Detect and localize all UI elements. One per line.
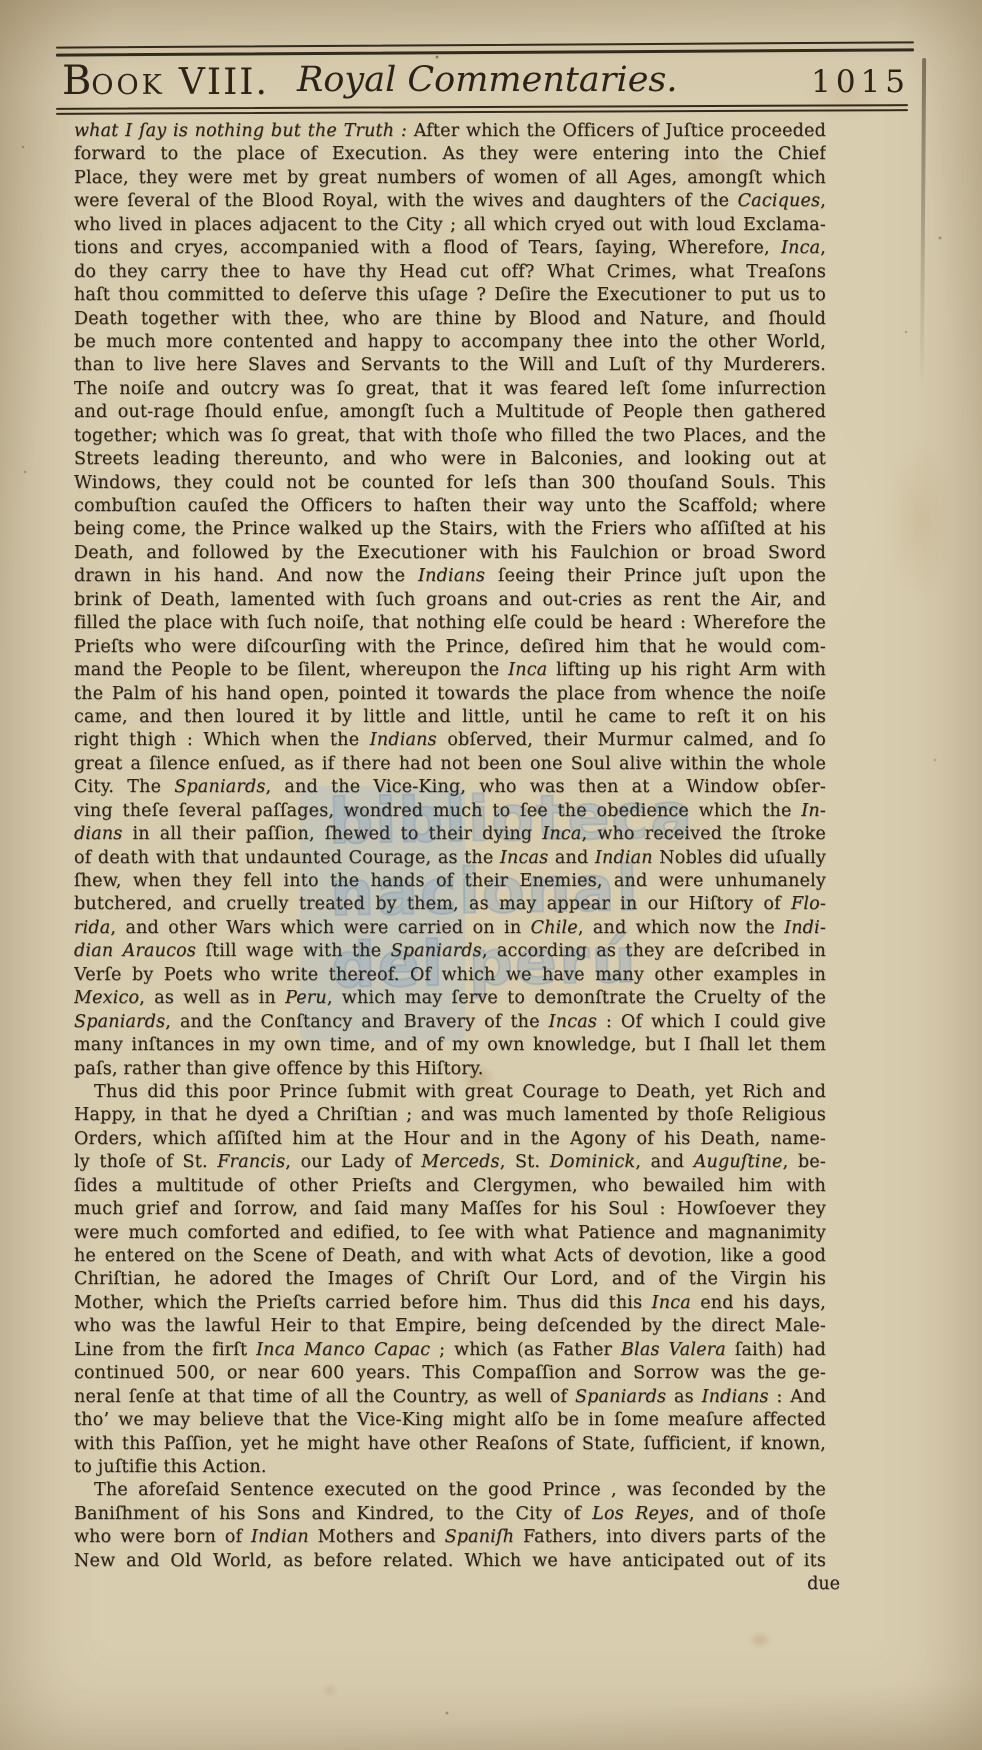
text-line: brink of Death, lamented with ſuch groan… xyxy=(74,589,826,612)
text-line: Chriſtian, he adored the Images of Chriſ… xyxy=(74,1268,826,1291)
text-line: right thigh : Which when the Indians obſ… xyxy=(74,729,826,752)
text-line: dians in all their paſſion, ſhewed to th… xyxy=(74,823,826,846)
text-line: dian Araucos ſtill wage with the Spaniar… xyxy=(74,940,826,963)
text-line: tions and cryes, accompanied with a floo… xyxy=(74,237,826,260)
page-number: 1015 xyxy=(811,64,910,100)
text-line: Mother, which the Prieſts carried before… xyxy=(74,1292,826,1315)
book-initial: B xyxy=(62,58,91,104)
text-line: Spaniards, and the Conſtancy and Bravery… xyxy=(74,1011,826,1034)
text-line: Death together with thee, who are thine … xyxy=(74,308,826,331)
text-line: mand the People to be ſilent, whereupon … xyxy=(74,659,826,682)
book-label: BOOKVIII. xyxy=(62,58,269,104)
text-line: who was the lawful Heir to that Empire, … xyxy=(74,1315,826,1338)
text-line: many inſtances in my own time, and of my… xyxy=(74,1034,826,1057)
text-line: New and Old World, as before related. Wh… xyxy=(74,1550,826,1573)
text-line: Windows, they could not be counted for l… xyxy=(74,472,826,495)
text-line: great a ſilence enſued, as if there had … xyxy=(74,753,826,776)
text-line: continued 500, or near 600 years. This C… xyxy=(74,1362,826,1385)
text-line: together; which was ſo great, that with … xyxy=(74,425,826,448)
text-line: Baniſhment of his Sons and Kindred, to t… xyxy=(74,1503,826,1526)
text-line: butchered, and cruelly treated by them, … xyxy=(74,893,826,916)
text-line: of death with that undaunted Courage, as… xyxy=(74,847,826,870)
book-numeral: VIII. xyxy=(179,62,269,103)
text-line: forward to the place of Execution. As th… xyxy=(74,143,826,166)
text-line: Happy, in that he dyed a Chriſtian ; and… xyxy=(74,1104,826,1127)
text-line: drawn in his hand. And now the Indians ſ… xyxy=(74,565,826,588)
top-rule-upper xyxy=(56,41,914,48)
text-line: who were born of Indian Mothers and Span… xyxy=(74,1526,826,1549)
text-line: ſides a multitude of other Prieſts and C… xyxy=(74,1175,826,1198)
text-line: The aforeſaid Sentence executed on the g… xyxy=(74,1479,826,1502)
text-line: ſhew, when they fell into the hands of t… xyxy=(74,870,826,893)
text-line: City. The Spaniards, and the Vice-King, … xyxy=(74,776,826,799)
text-line: combuſtion cauſed the Officers to haſten… xyxy=(74,495,826,518)
text-line: do they carry thee to have thy Head cut … xyxy=(74,261,826,284)
text-line: tho’ we may believe that the Vice-King m… xyxy=(74,1409,826,1432)
text-line: Line from the firſt Inca Manco Capac ; w… xyxy=(74,1339,826,1362)
text-line: Orders, which aſſiſted him at the Hour a… xyxy=(74,1128,826,1151)
text-line: Verſe by Poets who write thereof. Of whi… xyxy=(74,964,826,987)
text-line: came, and then loured it by little and l… xyxy=(74,706,826,729)
text-line: rida, and other Wars which were carried … xyxy=(74,917,826,940)
page-crease xyxy=(920,58,926,388)
text-line: be much more contented and happy to acco… xyxy=(74,331,826,354)
page-title: Royal Commentaries. xyxy=(297,60,678,100)
text-line: neral ſenſe at that time of all the Coun… xyxy=(74,1386,826,1409)
text-line: Mexico, as well as in Peru, which may ſe… xyxy=(74,987,826,1010)
text-line: haſt thou committed to deſerve this uſag… xyxy=(74,284,826,307)
running-header: BOOKVIII. Royal Commentaries. 1015 xyxy=(62,56,910,104)
text-line: being come, the Prince walked up the Sta… xyxy=(74,518,826,541)
text-block: what I ſay is nothing but the Truth : Af… xyxy=(74,120,826,1597)
text-line: and out-rage ſhould enſue, amongſt ſuch … xyxy=(74,401,826,424)
text-line: Death, and followed by the Executioner w… xyxy=(74,542,826,565)
text-line: to juſtifie this Action. xyxy=(74,1456,826,1479)
text-line: what I ſay is nothing but the Truth : Af… xyxy=(74,120,826,143)
catchword: due xyxy=(74,1573,840,1596)
text-line: than to live here Slaves and Servants to… xyxy=(74,354,826,377)
text-line: with this Paſſion, yet he might have oth… xyxy=(74,1433,826,1456)
text-line: the Palm of his hand open, pointed it to… xyxy=(74,683,826,706)
text-line: filled the place with ſuch noiſe, that n… xyxy=(74,612,826,635)
text-line: were ſeveral of the Blood Royal, with th… xyxy=(74,190,826,213)
text-line: The noiſe and outcry was ſo great, that … xyxy=(74,378,826,401)
text-line: were much comforted and edified, to ſee … xyxy=(74,1222,826,1245)
book-page: biblioteca nacional del perú BOOKVIII. R… xyxy=(0,0,982,1750)
text-line: much grief and ſorrow, and ſaid many Maſ… xyxy=(74,1198,826,1221)
header-rule-lower xyxy=(56,109,908,115)
text-line: Place, they were met by great numbers of… xyxy=(74,167,826,190)
text-line: Prieſts who were diſcourſing with the Pr… xyxy=(74,636,826,659)
text-line: Streets leading thereunto, and who were … xyxy=(74,448,826,471)
text-line: ving theſe ſeveral paſſages, wondred muc… xyxy=(74,800,826,823)
text-line: paſs, rather than give offence by this H… xyxy=(74,1058,826,1081)
text-line: he entered on the Scene of Death, and wi… xyxy=(74,1245,826,1268)
book-rest: OOK xyxy=(91,70,164,101)
text-line: who lived in places adjacent to the City… xyxy=(74,214,826,237)
top-rule-lower xyxy=(56,48,914,56)
text-line: ly thoſe of St. Francis, our Lady of Mer… xyxy=(74,1151,826,1174)
text-line: Thus did this poor Prince ſubmit with gr… xyxy=(74,1081,826,1104)
